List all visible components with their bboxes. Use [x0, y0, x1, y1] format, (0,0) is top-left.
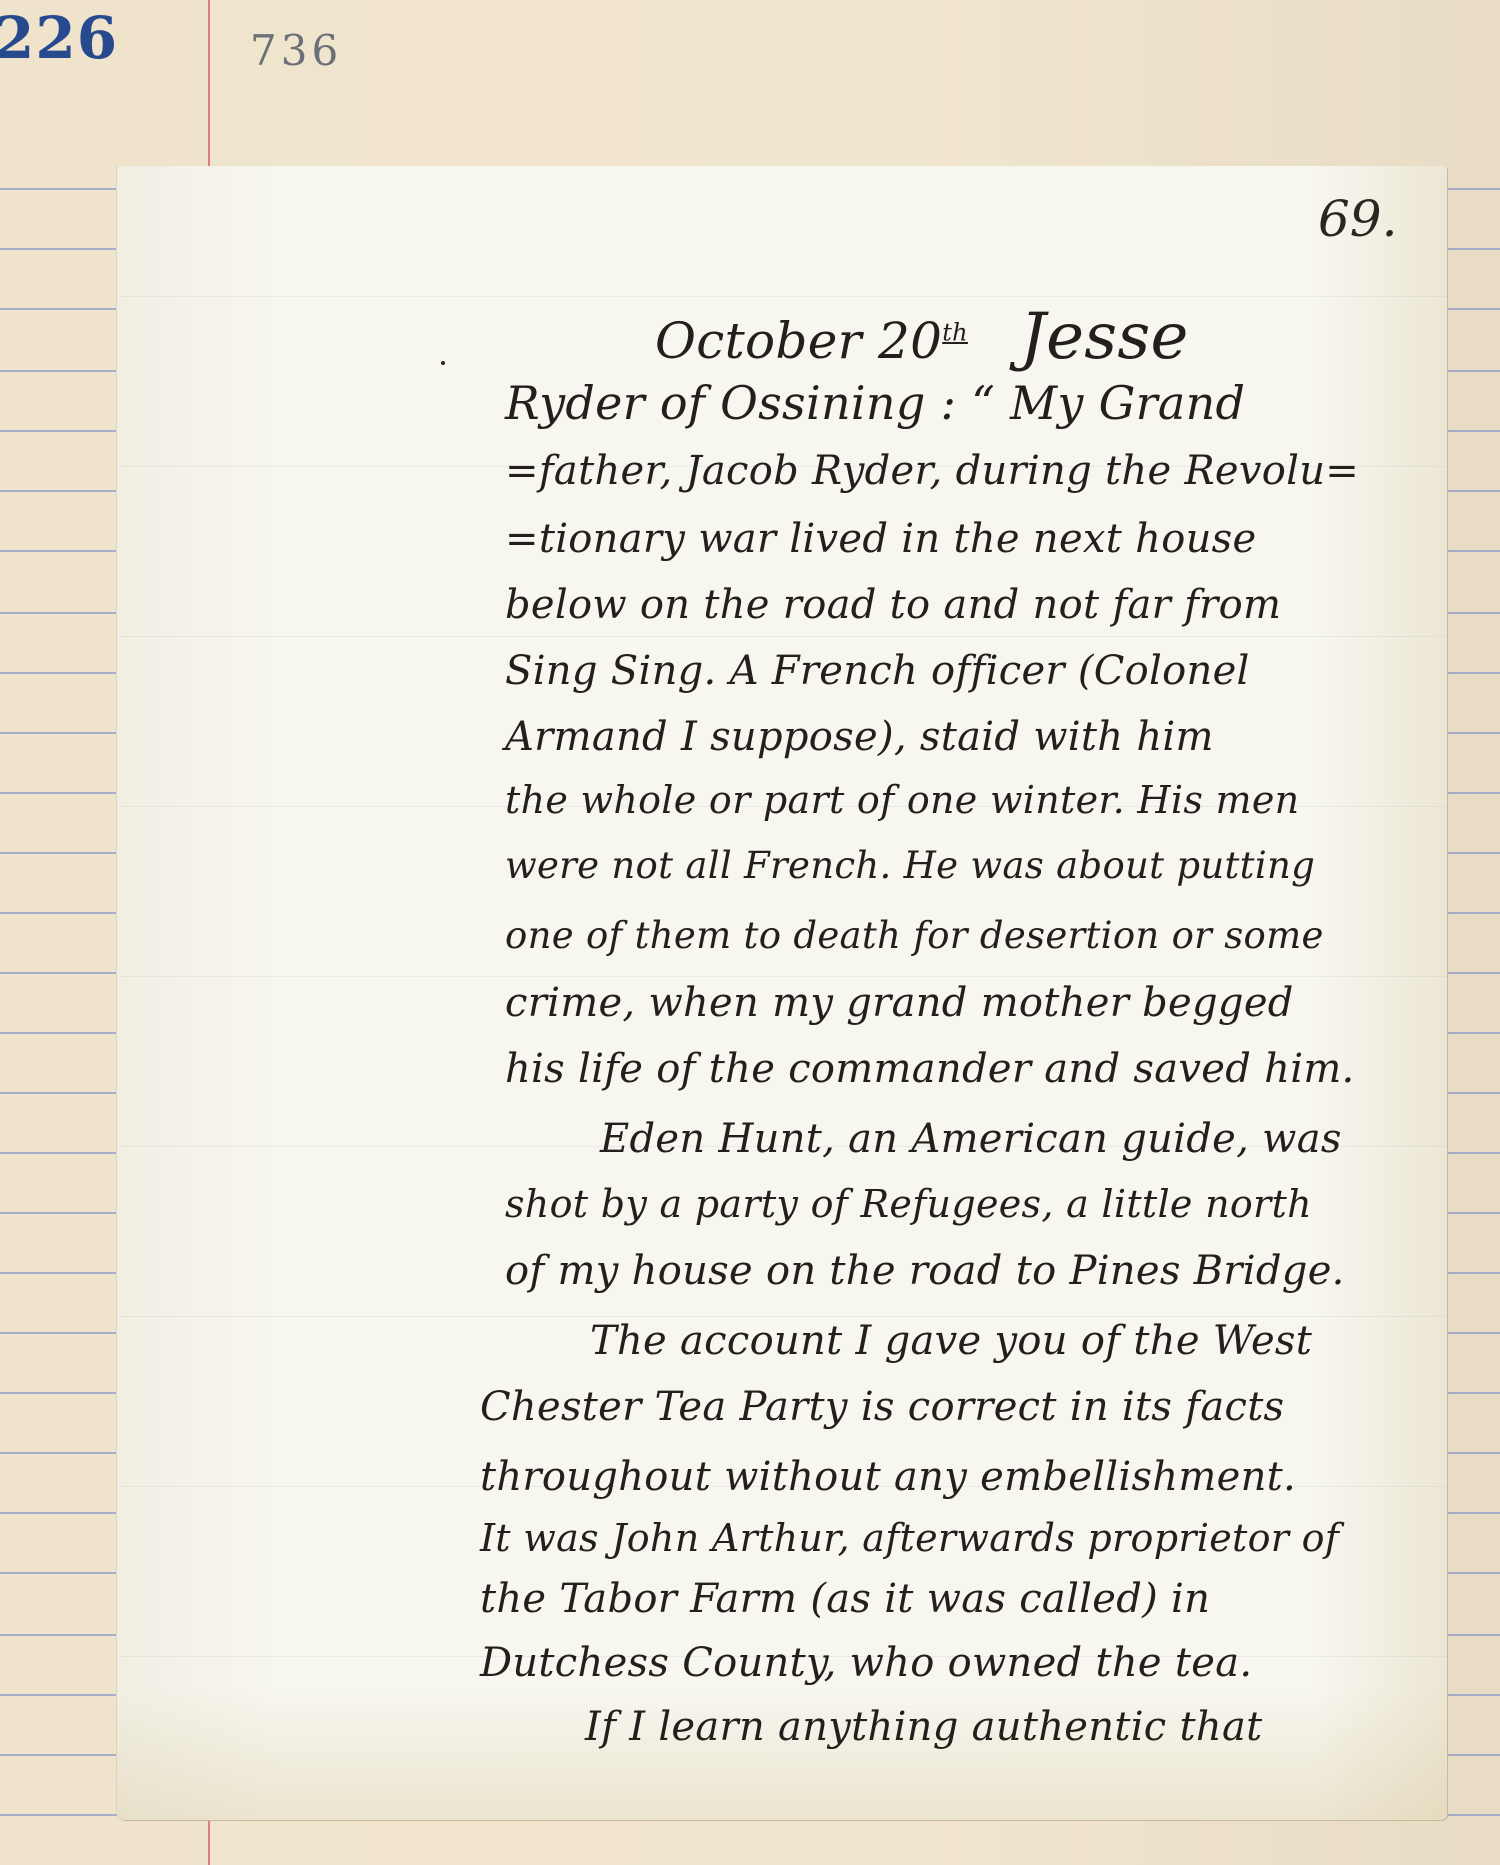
text-line: =father, Jacob Ryder, during the Revolu=	[505, 448, 1359, 494]
text-line: It was John Arthur, afterwards proprieto…	[480, 1516, 1339, 1560]
letter-heading: October 20th Jesse	[655, 300, 1189, 374]
ledger-number-stamp: 226	[0, 4, 118, 72]
text-line: the Tabor Farm (as it was called) in	[480, 1576, 1210, 1622]
page-number: 69.	[1318, 190, 1398, 248]
text-line: crime, when my grand mother begged	[505, 980, 1294, 1026]
text-line: If I learn anything authentic that	[585, 1704, 1263, 1750]
text-line: =tionary war lived in the next house	[505, 516, 1256, 562]
faint-line	[117, 636, 1447, 637]
text-line: were not all French. He was about puttin…	[505, 844, 1315, 887]
text-line: throughout without any embellishment.	[480, 1454, 1296, 1500]
folio-number-stamp: 736	[250, 26, 342, 75]
text-line: his life of the commander and saved him.	[505, 1046, 1355, 1092]
text-line: Dutchess County, who owned the tea.	[480, 1640, 1252, 1686]
text-line: one of them to death for desertion or so…	[505, 914, 1324, 957]
faint-line	[117, 296, 1447, 297]
text-line: Sing Sing. A French officer (Colonel	[505, 648, 1250, 694]
text-line: Eden Hunt, an American guide, was	[600, 1116, 1342, 1162]
text-line: shot by a party of Refugees, a little no…	[505, 1182, 1312, 1226]
text-line: Armand I suppose), staid with him	[505, 714, 1214, 760]
heading-name: Jesse	[1020, 300, 1189, 374]
text-line: the whole or part of one winter. His men	[505, 778, 1299, 822]
heading-date: October 20	[655, 312, 942, 370]
text-line: The account I gave you of the West	[590, 1318, 1312, 1364]
text-line: below on the road to and not far from	[505, 582, 1281, 628]
text-line: Ryder of Ossining : “ My Grand	[505, 376, 1245, 430]
text-line: Chester Tea Party is correct in its fact…	[480, 1384, 1284, 1430]
faint-line	[117, 1316, 1447, 1317]
ink-dot	[441, 361, 445, 365]
text-line: of my house on the road to Pines Bridge.	[505, 1248, 1345, 1294]
heading-date-suffix: th	[942, 318, 968, 346]
faint-line	[117, 976, 1447, 977]
